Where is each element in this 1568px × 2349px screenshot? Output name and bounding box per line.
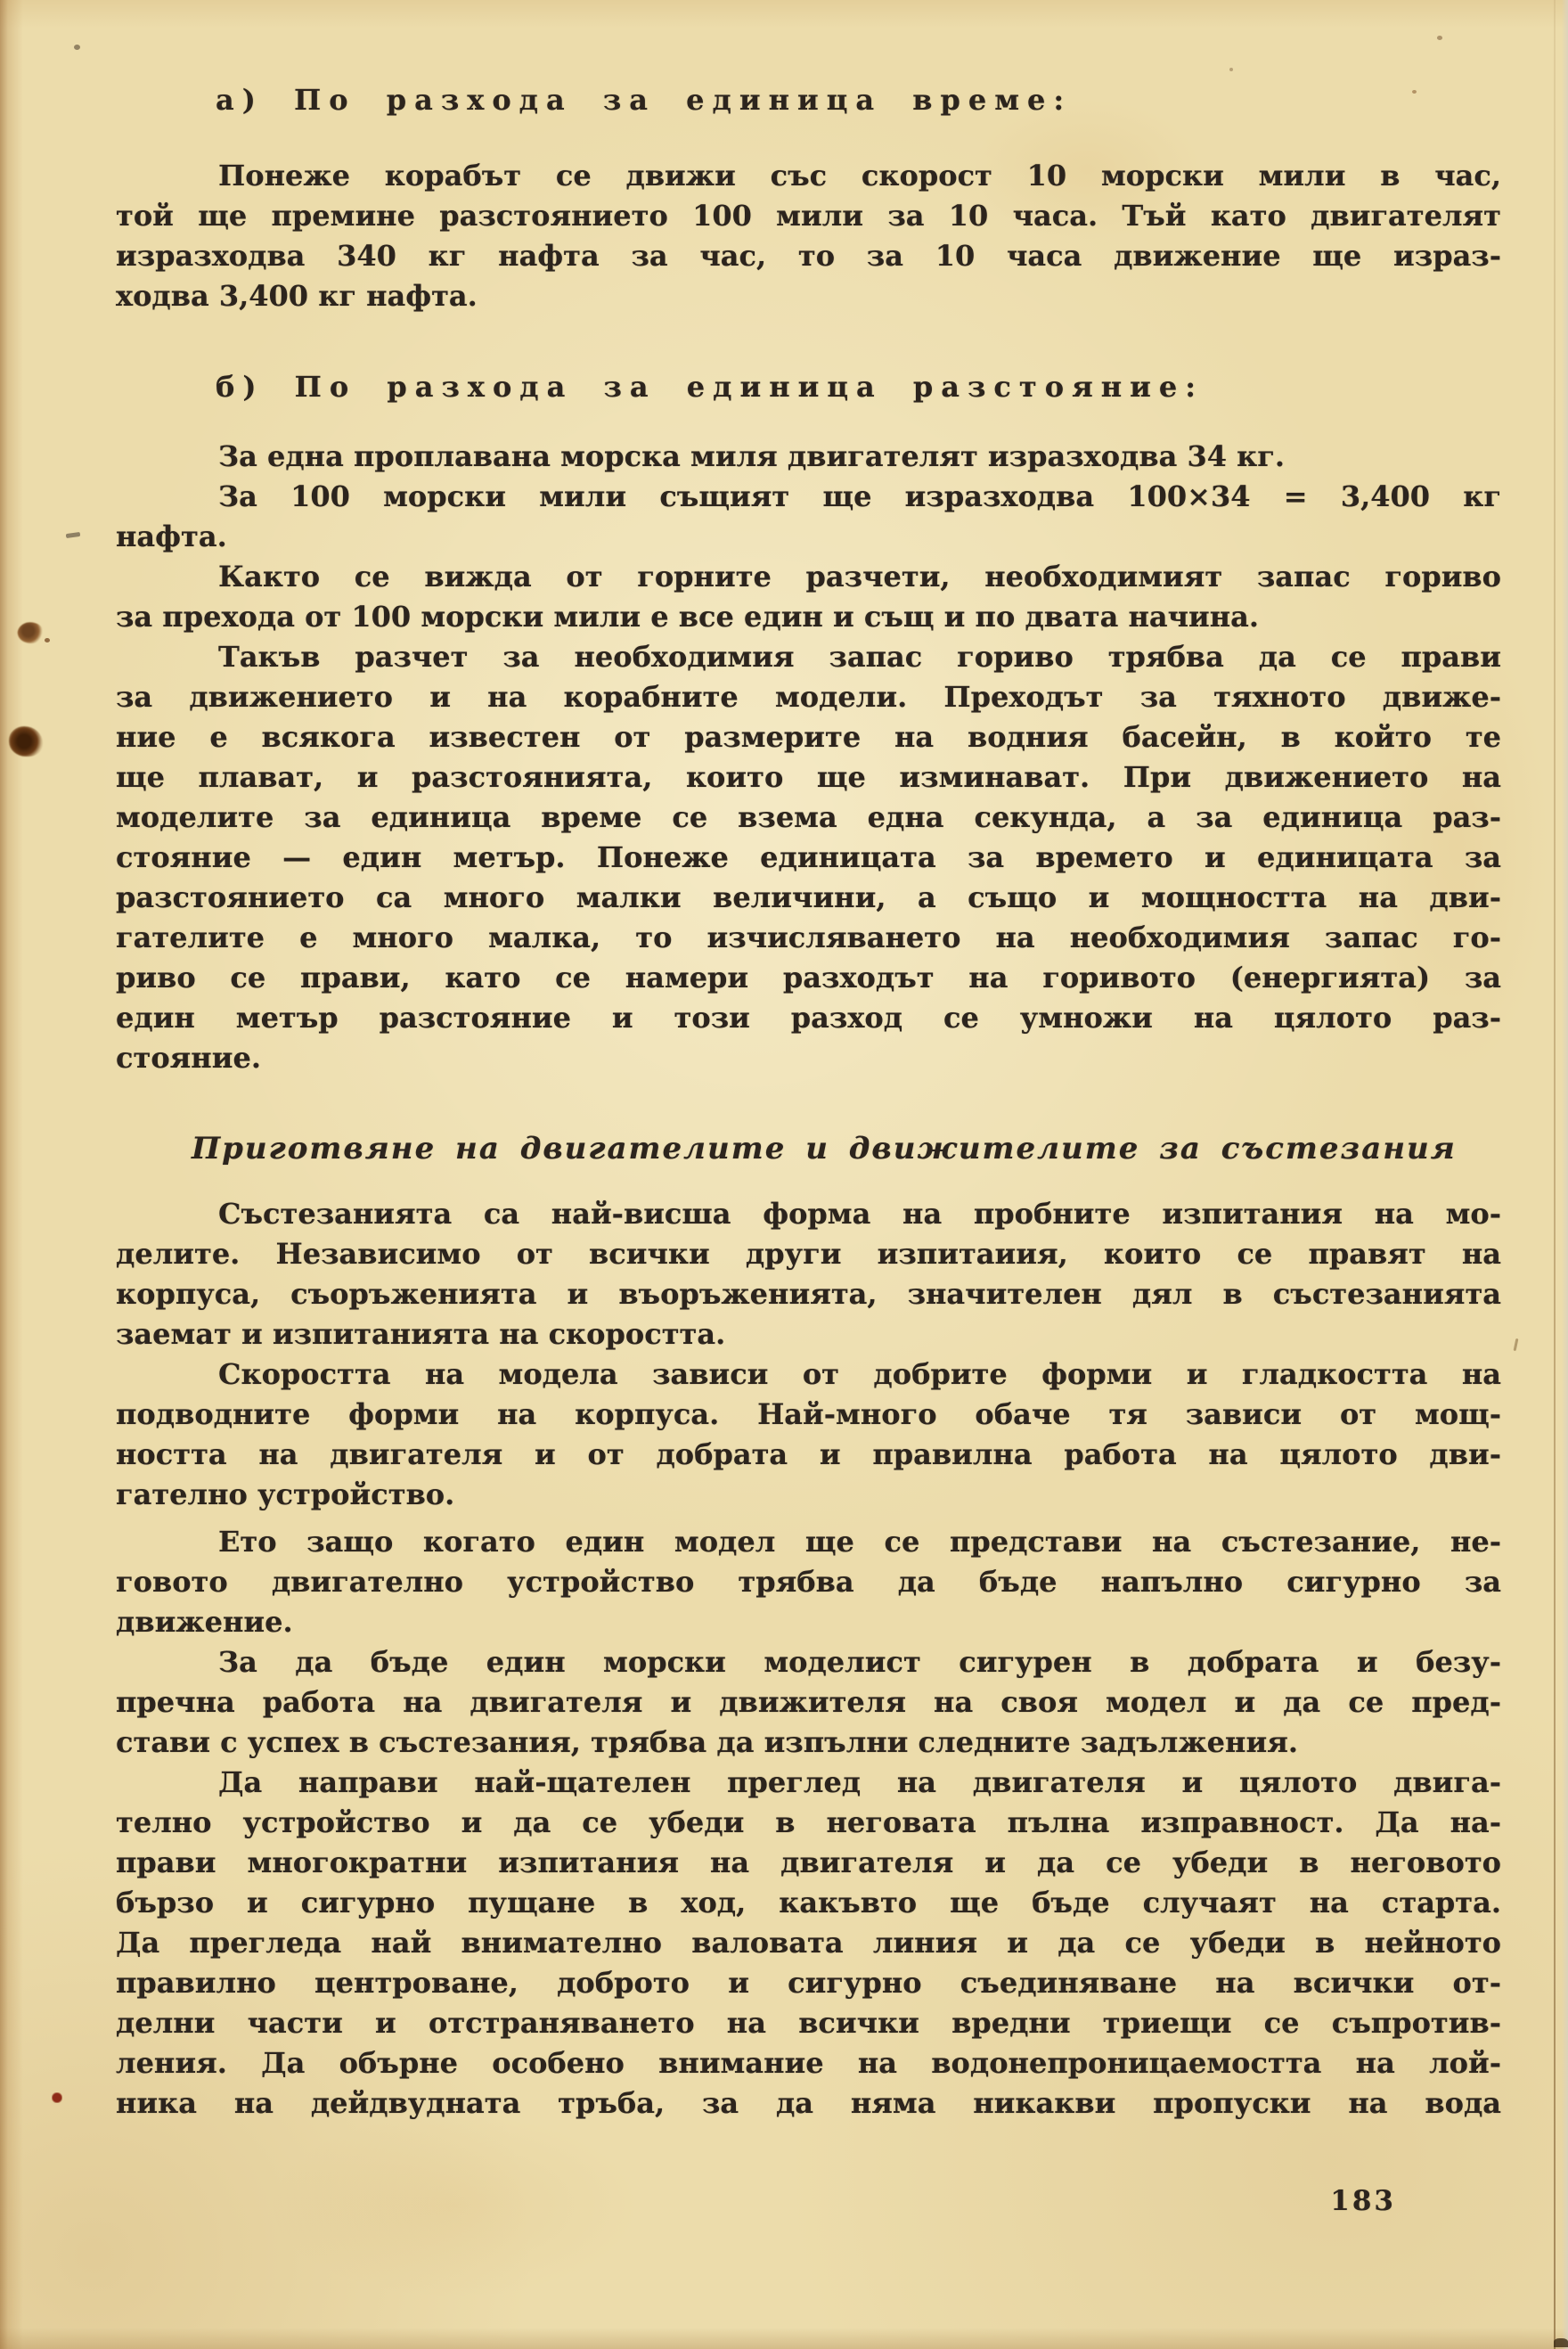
text-line: телно устройство и да се убеди в неговат… <box>116 1803 1501 1843</box>
paragraph-c4: За да бъде един морски моделист сигурен … <box>116 1642 1501 1763</box>
text-line: прави многократни изпитания на двигателя… <box>116 1843 1501 1883</box>
text-line: бързо и сигурно пущане в ход, какъвто ще… <box>116 1883 1501 1923</box>
red-ink-dot <box>52 2092 62 2103</box>
text-line: ние е всякога известен от размерите на в… <box>116 717 1501 757</box>
text-line: риво се прави, като се намери разходът н… <box>116 958 1501 998</box>
paragraph-b4: Такъв разчет за необходимия запас гориво… <box>116 637 1501 1078</box>
text-line: ността на двигателя и от добрата и прави… <box>116 1435 1501 1475</box>
text-column: а) По разхода за единица време: Понеже к… <box>116 80 1501 2222</box>
corner-nick <box>1554 2338 1568 2347</box>
text-line: правилно центроване, доброто и сигурно с… <box>116 1963 1501 2003</box>
text-line: Състезанията са най-висша форма на пробн… <box>116 1194 1501 1234</box>
paper-speck <box>1437 36 1442 40</box>
section-a-heading: а) По разхода за единица време: <box>116 80 1501 120</box>
ink-blot <box>15 618 45 646</box>
text-line: той ще премине разстоянието 100 мили за … <box>116 196 1501 236</box>
book-page-scan: а) По разхода за единица време: Понеже к… <box>0 0 1568 2349</box>
text-line: ления. Да обърне особено внимание на вод… <box>116 2043 1501 2083</box>
paragraph-b2: За 100 морски мили същият ще изразходва … <box>116 477 1501 557</box>
text-line: заемат и изпитанията на скоростта. <box>116 1314 1501 1355</box>
paragraph-c5: Да направи най-щателен преглед на двигат… <box>116 1763 1501 2124</box>
section-b-heading: б) По разхода за единица разстояние: <box>116 367 1501 407</box>
text-line: Понеже корабът се движи със скорост 10 м… <box>116 156 1501 196</box>
margin-tick-mark <box>1514 1338 1519 1351</box>
text-line: изразходва 340 кг нафта за час, то за 10… <box>116 236 1501 276</box>
paper-speck <box>1229 68 1233 71</box>
text-line: За 100 морски мили същият ще изразходва … <box>116 477 1501 517</box>
text-line: стави с успех в състезания, трябва да из… <box>116 1723 1501 1763</box>
paper-speck <box>74 45 80 50</box>
text-line: За да бъде един морски моделист сигурен … <box>116 1642 1501 1682</box>
paragraph-b1: За една проплавана морска миля двигателя… <box>116 437 1501 477</box>
subsection-heading: Приготвяне на двигателите и движителите … <box>116 1129 1501 1169</box>
text-line: движение. <box>116 1602 1501 1642</box>
text-line: за прехода от 100 морски мили е все един… <box>116 597 1501 637</box>
text-line: подводните форми на корпуса. Най-много о… <box>116 1395 1501 1435</box>
paragraph-c3: Ето защо когато един модел ще се предста… <box>116 1522 1501 1642</box>
text-line: за движението и на корабните модели. Пре… <box>116 677 1501 717</box>
paragraph-c2: Скоростта на модела зависи от добрите фо… <box>116 1355 1501 1515</box>
text-line: делни части и отстраняването на всички в… <box>116 2003 1501 2043</box>
paragraph-a: Понеже корабът се движи със скорост 10 м… <box>116 156 1501 316</box>
text-line: Ето защо когато един модел ще се предста… <box>116 1522 1501 1562</box>
paragraph-c1: Състезанията са най-висша форма на пробн… <box>116 1194 1501 1355</box>
paragraph-b3: Както се вижда от горните разчети, необх… <box>116 557 1501 637</box>
ink-blot <box>9 726 43 757</box>
text-line: Да направи най-щателен преглед на двигат… <box>116 1763 1501 1803</box>
text-line: делите. Независимо от всички други изпит… <box>116 1234 1501 1274</box>
text-line: един метър разстояние и този разход се у… <box>116 998 1501 1038</box>
page-edge-highlight <box>1562 0 1568 2349</box>
text-line: корпуса, съоръженията и въоръженията, зн… <box>116 1274 1501 1314</box>
text-line: гателно устройство. <box>116 1475 1501 1515</box>
text-line: ходва 3,400 кг нафта. <box>116 276 1501 316</box>
text-line: Да прегледа най внимателно валовата лини… <box>116 1923 1501 1963</box>
text-line: Както се вижда от горните разчети, необх… <box>116 557 1501 597</box>
page-number: 183 <box>116 2181 1501 2222</box>
text-line: нафта. <box>116 517 1501 557</box>
text-line: пречна работа на двигателя и движителя н… <box>116 1682 1501 1723</box>
text-line: ника на дейдвудната тръба, за да няма ни… <box>116 2083 1501 2124</box>
text-line: Скоростта на модела зависи от добрите фо… <box>116 1355 1501 1395</box>
margin-dash-mark <box>66 532 81 538</box>
text-line: стояние — един метър. Понеже единицата з… <box>116 838 1501 878</box>
text-line: гателите е много малка, то изчисляването… <box>116 918 1501 958</box>
text-line: Такъв разчет за необходимия запас гориво… <box>116 637 1501 677</box>
ink-blot-satellite <box>45 638 50 642</box>
text-line: говото двигателно устройство трябва да б… <box>116 1562 1501 1602</box>
text-line: стояние. <box>116 1038 1501 1078</box>
text-line: моделите за единица време се взема една … <box>116 798 1501 838</box>
text-line: За една проплавана морска миля двигателя… <box>116 437 1501 477</box>
text-line: разстоянието са много малки величини, а … <box>116 878 1501 918</box>
text-line: ще плават, и разстоянията, които ще изми… <box>116 757 1501 798</box>
page-edge-crease <box>1554 0 1556 2349</box>
